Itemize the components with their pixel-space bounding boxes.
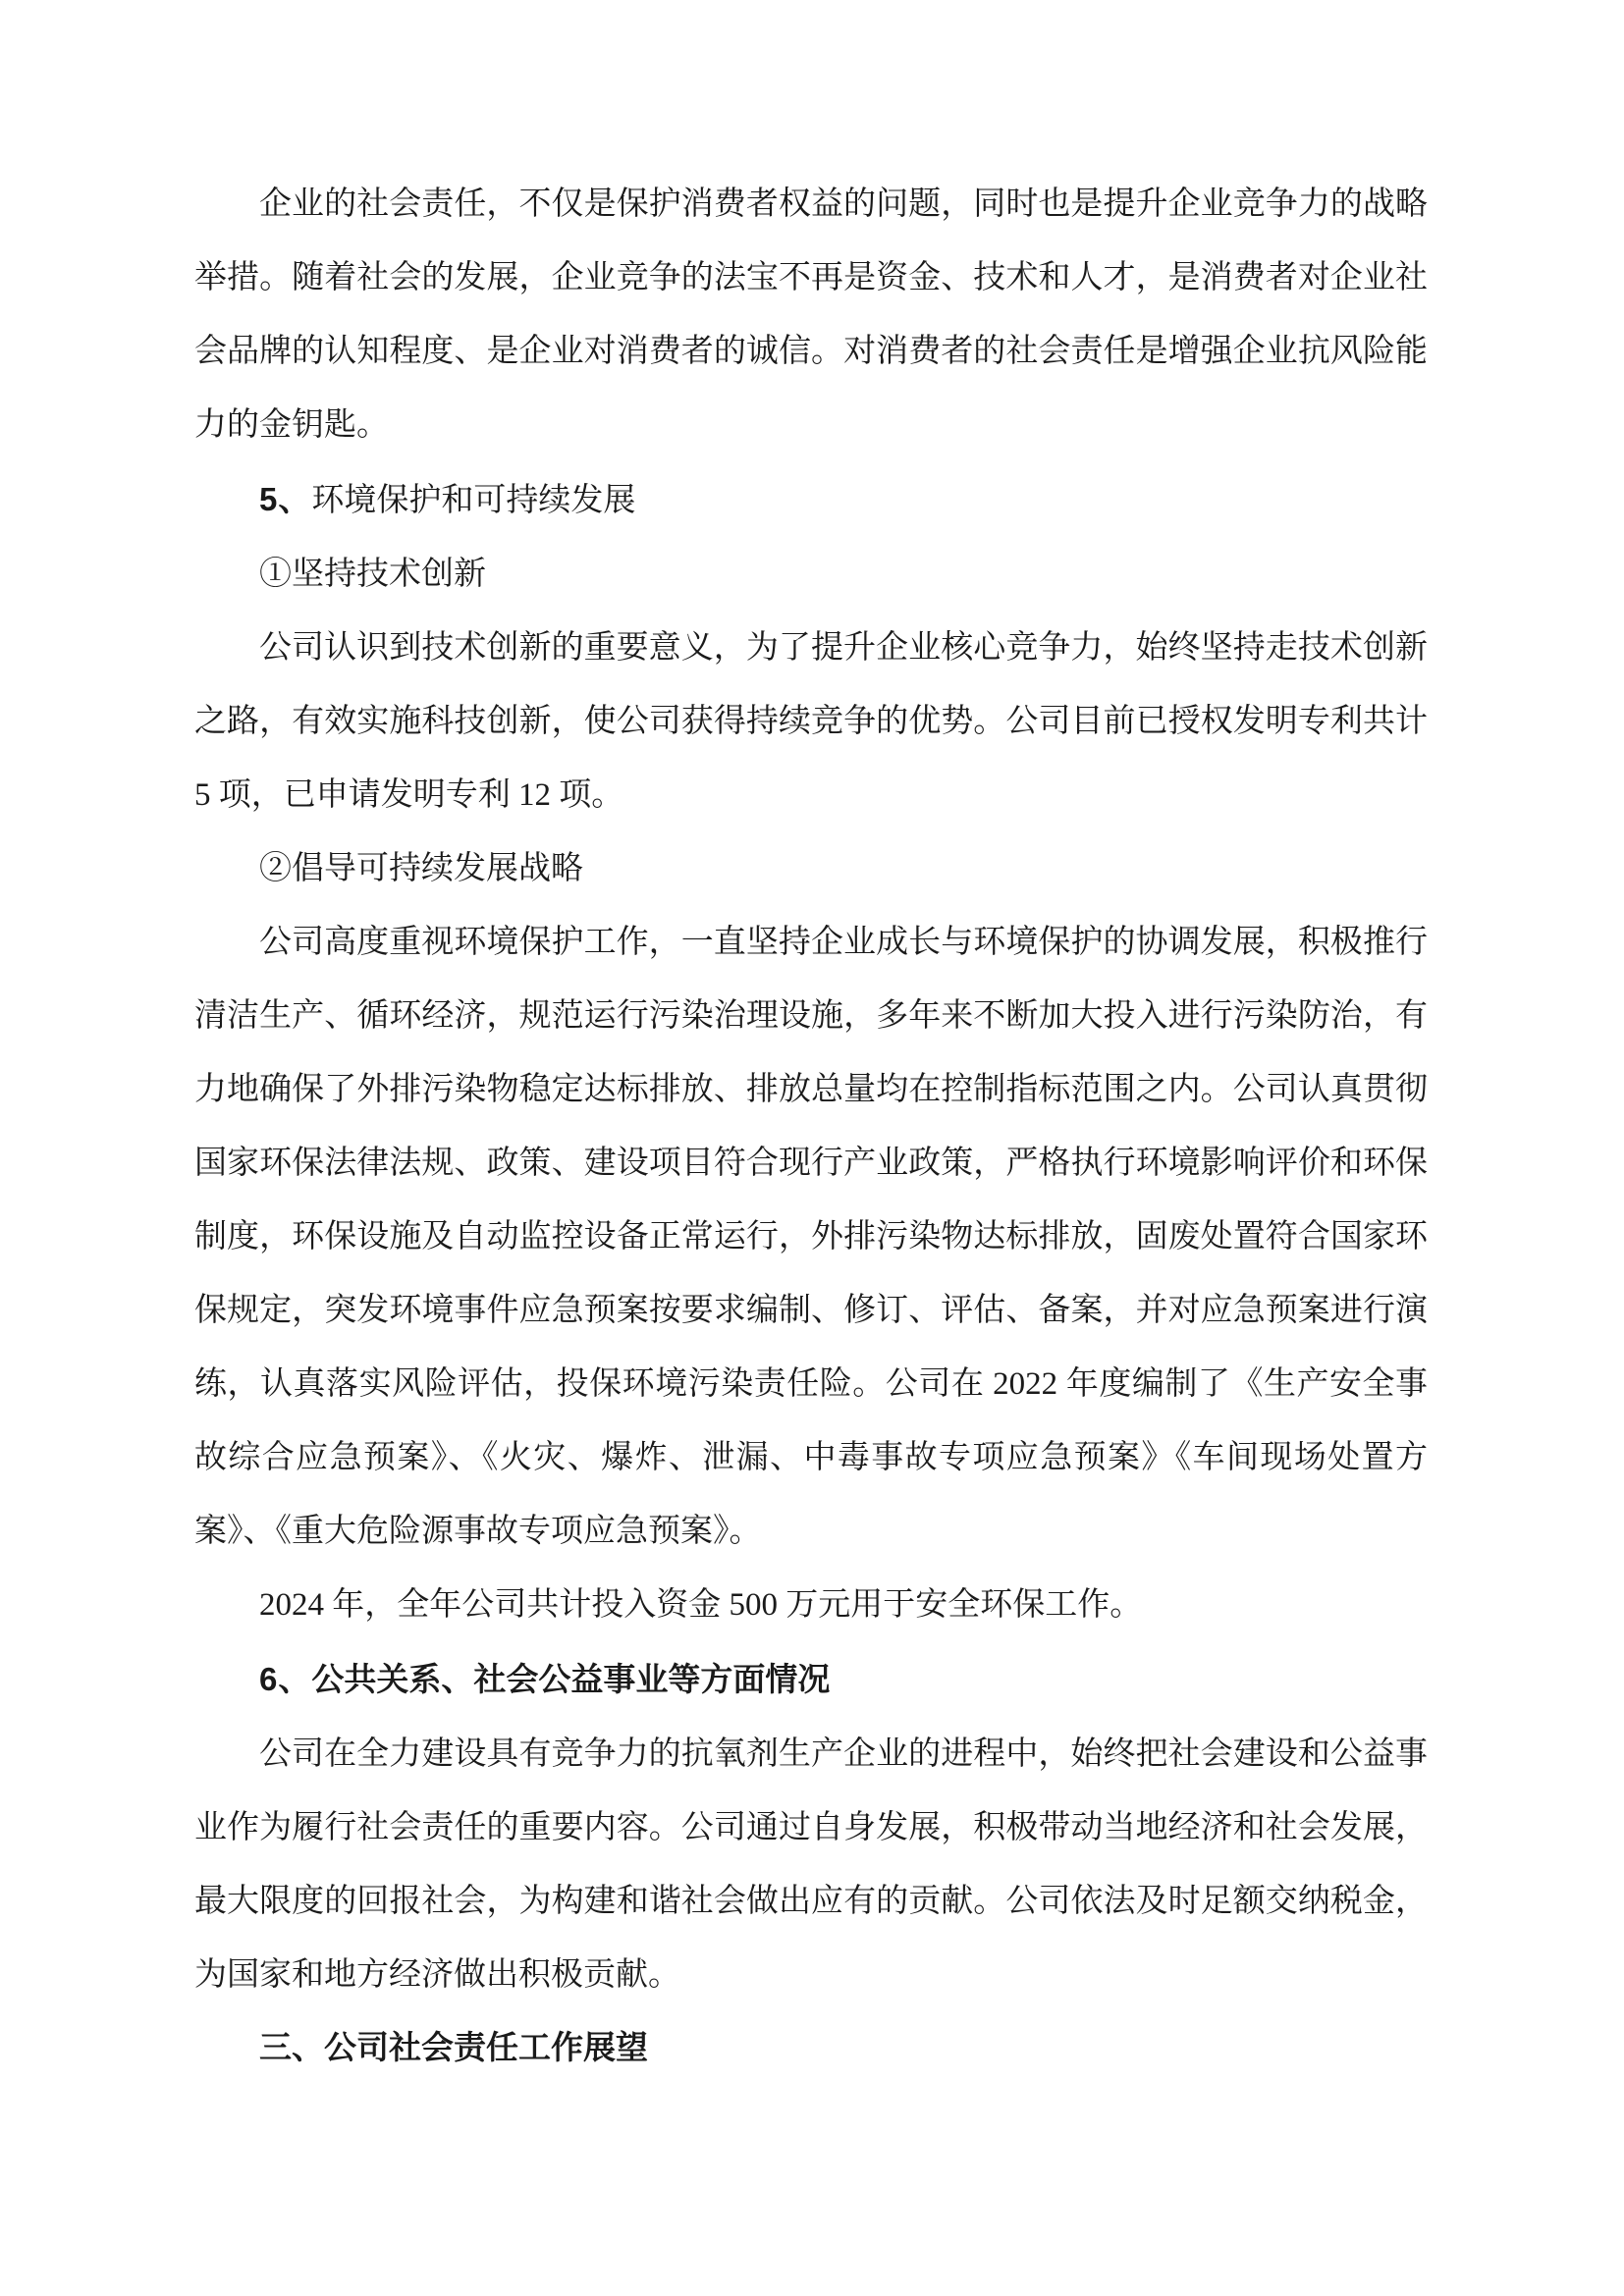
paragraph-environment: 公司高度重视环境保护工作，一直坚持企业成长与环境保护的协调发展，积极推行清洁生产… (194, 906, 1428, 1569)
heading-outlook-title: 公司社会责任工作展望 (324, 2031, 648, 2066)
heading-section-5: 5、环境保护和可持续发展 (194, 462, 1428, 538)
paragraph-tech-innovation: 公司认识到技术创新的重要意义，为了提升企业核心竞争力，始终坚持走技术创新之路，有… (194, 612, 1428, 832)
paragraph-2024-investment: 2024 年，全年公司共计投入资金 500 万元用于安全环保工作。 (194, 1569, 1428, 1642)
heading-6-title: 公共关系、社会公益事业等方面情况 (311, 1663, 830, 1698)
heading-6-number: 6、 (259, 1661, 311, 1697)
document-body: 企业的社会责任，不仅是保护消费者权益的问题，同时也是提升企业竞争力的战略举措。随… (194, 168, 1428, 2086)
heading-section-6: 6、公共关系、社会公益事业等方面情况 (194, 1642, 1428, 1718)
paragraph-public-welfare: 公司在全力建设具有竞争力的抗氧剂生产企业的进程中，始终把社会建设和公益事业作为履… (194, 1718, 1428, 2012)
paragraph-csr-intro: 企业的社会责任，不仅是保护消费者权益的问题，同时也是提升企业竞争力的战略举措。随… (194, 168, 1428, 462)
subheading-sustainable-strategy: ②倡导可持续发展战略 (194, 832, 1428, 906)
heading-outlook-number: 三、 (259, 2031, 324, 2066)
heading-5-title: 环境保护和可持续发展 (311, 483, 635, 518)
heading-5-number: 5、 (259, 481, 311, 517)
document-page: 企业的社会责任，不仅是保护消费者权益的问题，同时也是提升企业竞争力的战略举措。随… (0, 0, 1624, 2296)
subheading-tech-innovation: ①坚持技术创新 (194, 538, 1428, 612)
heading-section-outlook: 三、公司社会责任工作展望 (194, 2012, 1428, 2086)
